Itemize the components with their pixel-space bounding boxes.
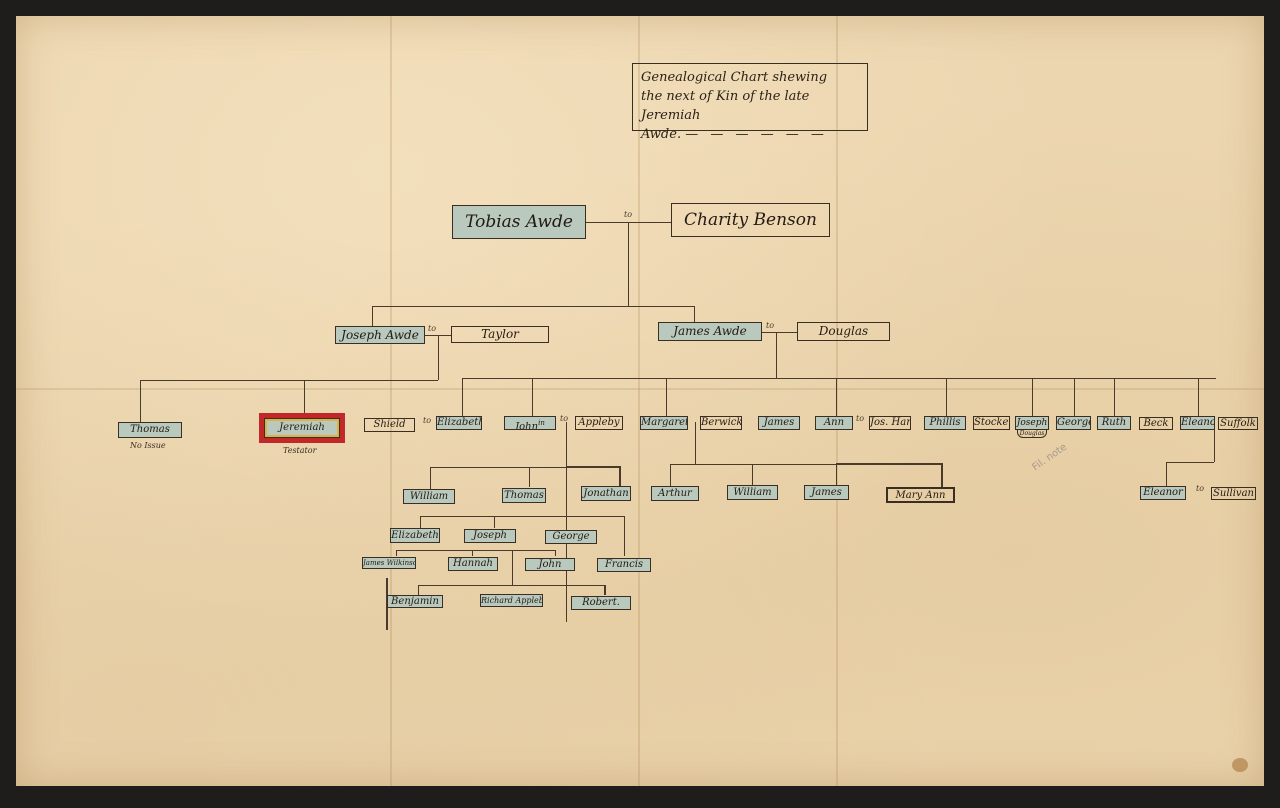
descent-line	[472, 550, 473, 556]
chart-title: Genealogical Chart shewing the next of K…	[632, 63, 868, 131]
title-line-3: Awde. — — — — — —	[641, 125, 859, 144]
spouse-charity-benson[interactable]: Charity Benson	[671, 203, 830, 237]
person-benjamin[interactable]: Benjamin	[387, 595, 443, 608]
person-john[interactable]: Johnin	[504, 416, 556, 430]
person-joseph-gen5[interactable]: Joseph	[464, 529, 516, 543]
sibling-bar	[396, 550, 556, 551]
descent-line	[836, 378, 837, 416]
sibling-bar	[462, 378, 1216, 379]
person-john-name: John	[515, 421, 538, 430]
spouse-berwick[interactable]: Berwick	[700, 416, 742, 430]
descent-line	[619, 466, 621, 488]
spouse-douglas[interactable]: Douglas	[797, 322, 890, 341]
descent-line	[946, 378, 947, 416]
descent-line	[566, 516, 567, 528]
descent-line	[304, 380, 305, 416]
person-phillis[interactable]: Phillis	[924, 416, 966, 430]
marriage-to-label: to	[428, 324, 436, 333]
title-line-2: the next of Kin of the late Jeremiah	[641, 87, 859, 125]
spouse-sullivan[interactable]: Sullivan	[1211, 487, 1256, 500]
descent-line	[670, 464, 671, 488]
descent-line	[628, 222, 629, 306]
descent-line	[532, 378, 533, 416]
person-elizabeth[interactable]: Elizabeth	[436, 416, 482, 430]
sibling-bar	[418, 585, 606, 586]
descent-line	[1198, 378, 1199, 416]
title-line-3-text: Awde.	[641, 127, 681, 142]
spouse-beck[interactable]: Beck	[1139, 417, 1173, 430]
marriage-to-label: to	[423, 416, 431, 425]
descent-line	[438, 335, 439, 380]
person-james-wilkinson[interactable]: James Wilkinson	[362, 557, 416, 569]
person-james-margaret-line[interactable]: James	[804, 485, 849, 500]
person-richard-appleby[interactable]: Richard Appleby	[480, 594, 543, 607]
descent-line	[624, 516, 625, 556]
person-margaret[interactable]: Margaret	[640, 416, 688, 430]
marriage-to-label: to	[766, 321, 774, 330]
descent-line	[396, 550, 397, 556]
person-joseph-awde[interactable]: Joseph Awde	[335, 326, 425, 344]
descent-line	[372, 306, 373, 326]
person-jonathan[interactable]: Jonathan	[581, 486, 631, 501]
person-elizabeth-gen5[interactable]: Elizabeth	[390, 528, 440, 543]
person-robert[interactable]: Robert.	[571, 596, 631, 610]
marriage-line	[586, 222, 672, 223]
person-eleanor-gen4[interactable]: Eleanor	[1140, 486, 1186, 500]
descent-line	[604, 585, 606, 595]
spouse-shield[interactable]: Shield	[364, 418, 415, 432]
person-tobias-awde[interactable]: Tobias Awde	[452, 205, 586, 239]
marriage-line	[762, 332, 798, 333]
note-no-issue: No Issue	[130, 441, 166, 450]
descent-line	[941, 463, 943, 488]
spouse-appleby[interactable]: Appleby	[575, 416, 623, 430]
descent-line	[418, 585, 419, 595]
sibling-bar	[836, 463, 942, 465]
spouse-suffolk[interactable]: Suffolk	[1218, 417, 1258, 430]
person-ann[interactable]: Ann	[815, 416, 853, 430]
marriage-to-label: to	[624, 210, 632, 219]
descent-line	[140, 380, 141, 422]
person-george[interactable]: George	[1056, 416, 1091, 430]
person-james-awde[interactable]: James Awde	[658, 322, 762, 341]
descent-line	[1214, 428, 1215, 462]
descent-line	[1166, 462, 1167, 486]
paper-stain	[1232, 758, 1248, 772]
descent-line	[555, 550, 556, 556]
descent-line	[420, 516, 421, 528]
descent-line	[512, 550, 513, 586]
person-mary-ann[interactable]: Mary Ann	[886, 487, 955, 503]
spouse-stocker[interactable]: Stocker	[973, 416, 1010, 430]
person-ruth[interactable]: Ruth	[1097, 416, 1131, 430]
genealogical-chart-sheet: Genealogical Chart shewing the next of K…	[16, 16, 1264, 786]
note-testator: Testator	[283, 446, 316, 455]
marriage-to-label: to	[560, 414, 568, 423]
paper-fold	[638, 16, 640, 786]
sibling-bar	[372, 306, 694, 307]
descent-line	[1032, 378, 1033, 416]
descent-line	[1114, 378, 1115, 416]
descent-line	[430, 467, 431, 489]
paper-fold	[16, 388, 1264, 390]
sibling-bar	[1166, 462, 1214, 463]
person-thomas[interactable]: Thomas	[118, 422, 182, 438]
person-john-suffix: in	[538, 419, 545, 427]
person-francis[interactable]: Francis	[597, 558, 651, 572]
person-hannah[interactable]: Hannah	[448, 557, 498, 571]
descent-line	[695, 422, 696, 464]
descent-line	[1074, 378, 1075, 416]
spouse-jos-hare[interactable]: Jos. Hare	[869, 416, 911, 430]
title-dashes: — — — — — —	[685, 127, 828, 142]
marriage-to-label: to	[856, 414, 864, 423]
person-arthur[interactable]: Arthur	[651, 486, 699, 501]
person-thomas-john-line[interactable]: Thomas	[502, 488, 546, 503]
person-eleanor[interactable]: Eleanor	[1180, 416, 1215, 430]
paper-fold	[390, 16, 392, 786]
spouse-taylor[interactable]: Taylor	[451, 326, 549, 343]
sibling-bar	[566, 466, 620, 468]
person-george-gen5[interactable]: George	[545, 530, 597, 544]
person-john-gen5[interactable]: John	[525, 558, 575, 571]
person-william-margaret-line[interactable]: William	[727, 485, 778, 500]
descent-line	[694, 306, 695, 322]
descent-line	[666, 378, 667, 416]
descent-line	[529, 467, 530, 487]
person-james[interactable]: James	[758, 416, 800, 430]
person-jeremiah-testator[interactable]: Jeremiah	[264, 418, 340, 438]
note-douglas: Douglas	[1017, 429, 1047, 438]
marriage-to-label: to	[1196, 484, 1204, 493]
sibling-bar	[420, 516, 624, 517]
person-william-john-line[interactable]: William	[403, 489, 455, 504]
person-joseph[interactable]: Joseph	[1015, 416, 1049, 430]
descent-line	[776, 332, 777, 378]
descent-line	[494, 516, 495, 528]
title-line-1: Genealogical Chart shewing	[641, 68, 859, 87]
descent-line	[462, 378, 463, 416]
sibling-bar	[140, 380, 438, 381]
